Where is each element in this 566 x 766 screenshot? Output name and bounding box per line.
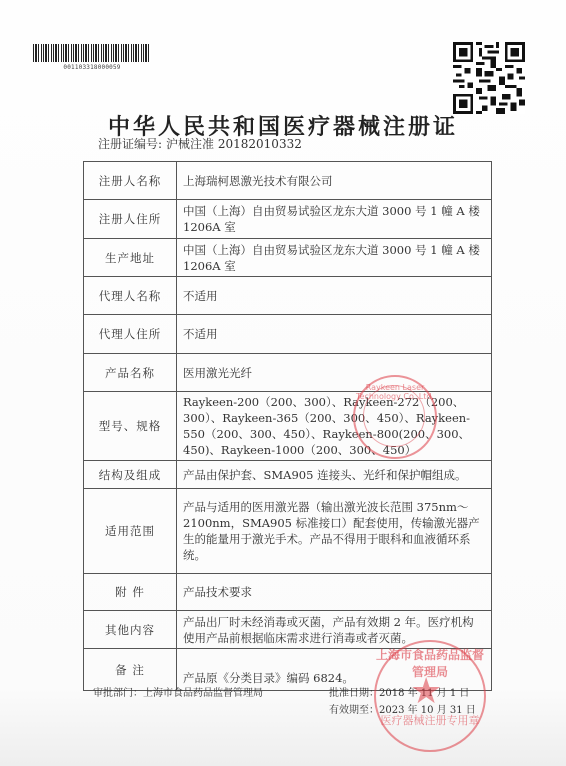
row-value: 产品由保护套、SMA905 连接头、光纤和保护帽组成。 (177, 461, 492, 489)
table-row: 代理人名称不适用 (84, 277, 492, 315)
table-row: 附 件产品技术要求 (84, 574, 492, 611)
row-value: 中国（上海）自由贸易试验区龙东大道 3000 号 1 幢 A 楼 1206A 室 (177, 200, 492, 239)
row-value: Raykeen-200（200、300）、Raykeen-272（200、300… (177, 392, 492, 461)
row-label: 代理人住所 (84, 315, 177, 354)
row-label: 注册人住所 (84, 200, 177, 239)
row-label: 注册人名称 (84, 162, 177, 200)
row-value: 上海瑞柯恩激光技术有限公司 (177, 162, 492, 200)
barcode-number: 001103318000059 (33, 64, 151, 71)
table-row: 注册人住所中国（上海）自由贸易试验区龙东大道 3000 号 1 幢 A 楼 12… (84, 200, 492, 239)
row-value: 不适用 (177, 315, 492, 354)
table-row: 结构及组成产品由保护套、SMA905 连接头、光纤和保护帽组成。 (84, 461, 492, 489)
row-value: 产品出厂时未经消毒或灭菌，产品有效期 2 年。医疗机构使用产品前根据临床需求进行… (177, 611, 492, 649)
barcode (33, 44, 151, 62)
certificate-table: 注册人名称上海瑞柯恩激光技术有限公司 注册人住所中国（上海）自由贸易试验区龙东大… (83, 161, 492, 691)
row-value: 中国（上海）自由贸易试验区龙东大道 3000 号 1 幢 A 楼 1206A 室 (177, 239, 492, 277)
certificate-page: 001103318000059 中华人民共和国医疗器械注册证 注册证编号:沪械注… (0, 0, 566, 766)
qr-code (453, 42, 525, 114)
row-value: 产品技术要求 (177, 574, 492, 611)
row-value: 不适用 (177, 277, 492, 315)
row-label: 代理人名称 (84, 277, 177, 315)
row-value: 产品与适用的医用激光器（输出激光波长范围 375nm～2100nm，SMA905… (177, 489, 492, 574)
row-label: 附 件 (84, 574, 177, 611)
table-row: 生产地址中国（上海）自由贸易试验区龙东大道 3000 号 1 幢 A 楼 120… (84, 239, 492, 277)
registration-number-value: 沪械注准 20182010332 (166, 137, 302, 151)
registration-number: 注册证编号:沪械注准 20182010332 (98, 135, 306, 152)
row-label: 产品名称 (84, 354, 177, 392)
registration-number-label: 注册证编号: (98, 137, 162, 151)
row-value: 医用激光光纤 (177, 354, 492, 392)
row-label: 型号、规格 (84, 392, 177, 461)
approval-date: 批准日期：2018 年 11 月 1 日 (329, 684, 469, 699)
table-row: 注册人名称上海瑞柯恩激光技术有限公司 (84, 162, 492, 200)
row-label: 适用范围 (84, 489, 177, 574)
table-row: 适用范围产品与适用的医用激光器（输出激光波长范围 375nm～2100nm，SM… (84, 489, 492, 574)
table-row: 型号、规格Raykeen-200（200、300）、Raykeen-272（20… (84, 392, 492, 461)
table-row: 产品名称医用激光光纤 (84, 354, 492, 392)
valid-until-date: 有效期至：2023 年 10 月 31 日 (329, 701, 476, 716)
row-label: 结构及组成 (84, 461, 177, 489)
table-row: 代理人住所不适用 (84, 315, 492, 354)
table-row: 其他内容产品出厂时未经消毒或灭菌，产品有效期 2 年。医疗机构使用产品前根据临床… (84, 611, 492, 649)
row-label: 其他内容 (84, 611, 177, 649)
approval-department: 审批部门：上海市食品药品监督管理局 (93, 684, 263, 699)
row-label: 生产地址 (84, 239, 177, 277)
